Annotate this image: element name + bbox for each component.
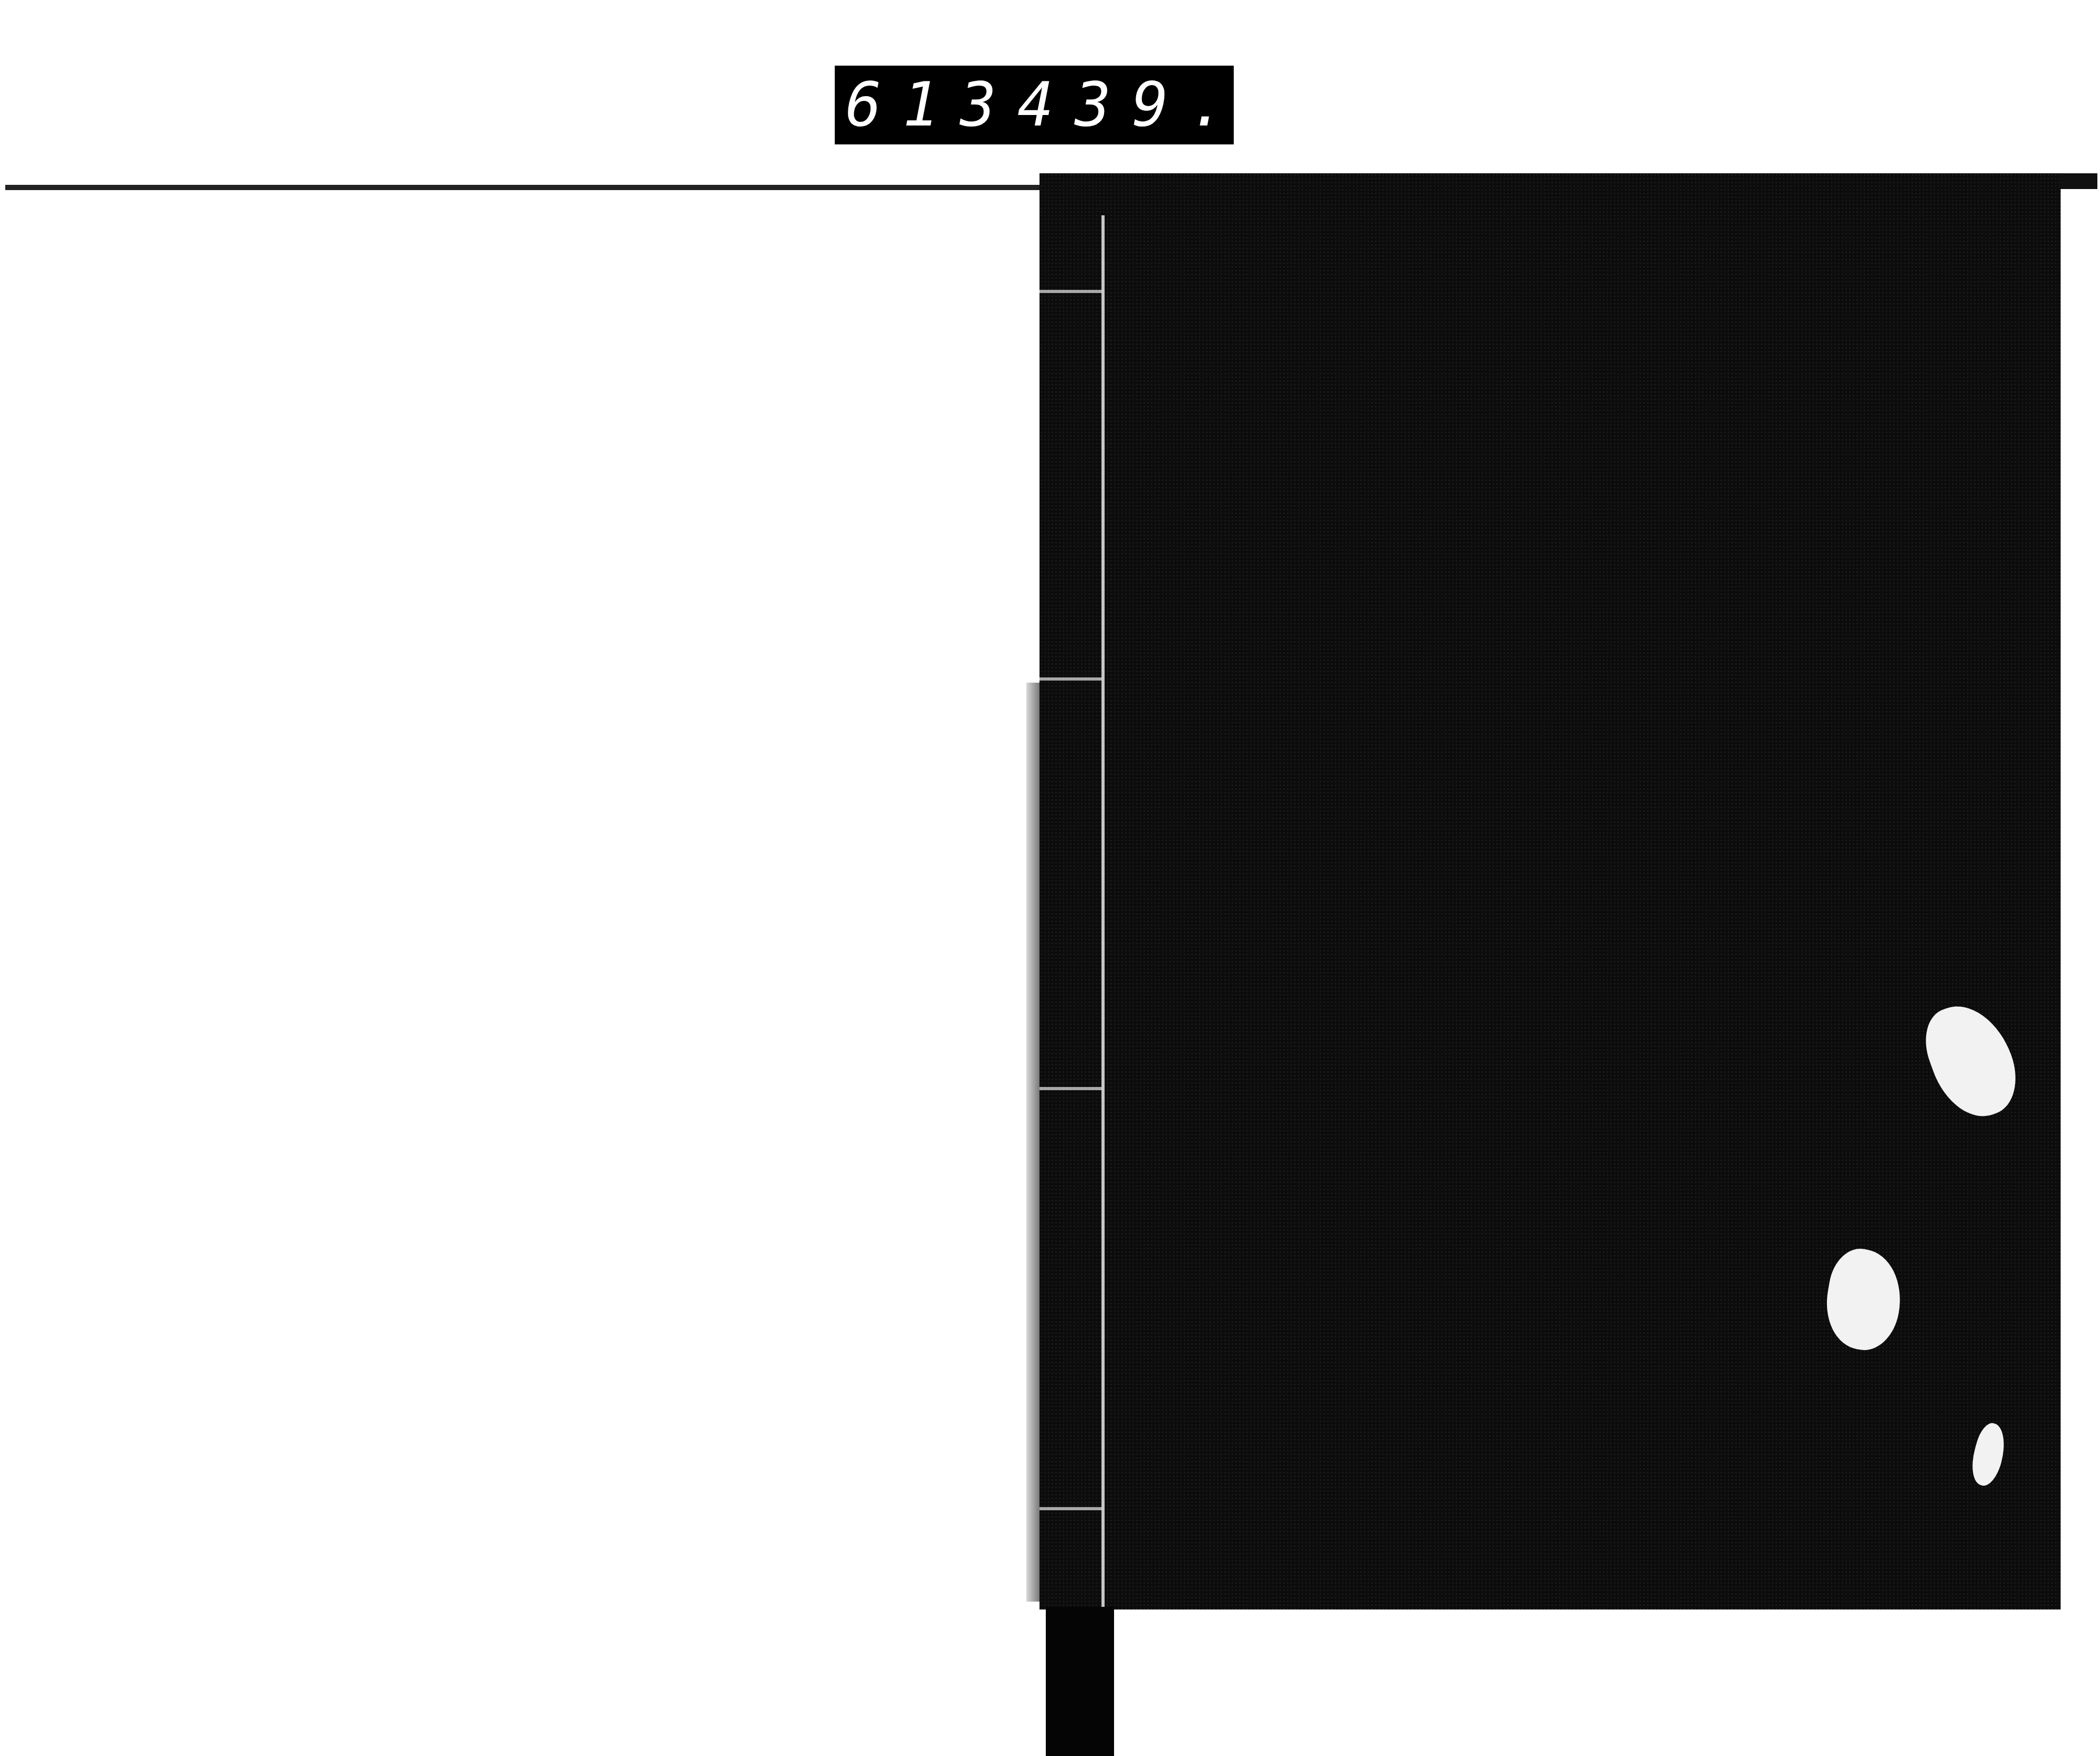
book-spine-tail [1046,1607,1114,1756]
spine-stitch [1039,290,1102,293]
spine-stitch [1039,1507,1102,1510]
spine-stitch [1039,1087,1102,1090]
book-cover [1039,173,2061,1609]
cover-texture [1039,173,2061,1609]
catalog-number-left: 613 [845,70,1017,140]
catalog-number-right: 439. [1017,70,1247,140]
catalog-number-label: 613 439. [835,66,1234,144]
scanner-edge-line [5,185,1050,190]
spine-stitch [1039,677,1102,681]
spine-thread-line [1101,215,1105,1612]
